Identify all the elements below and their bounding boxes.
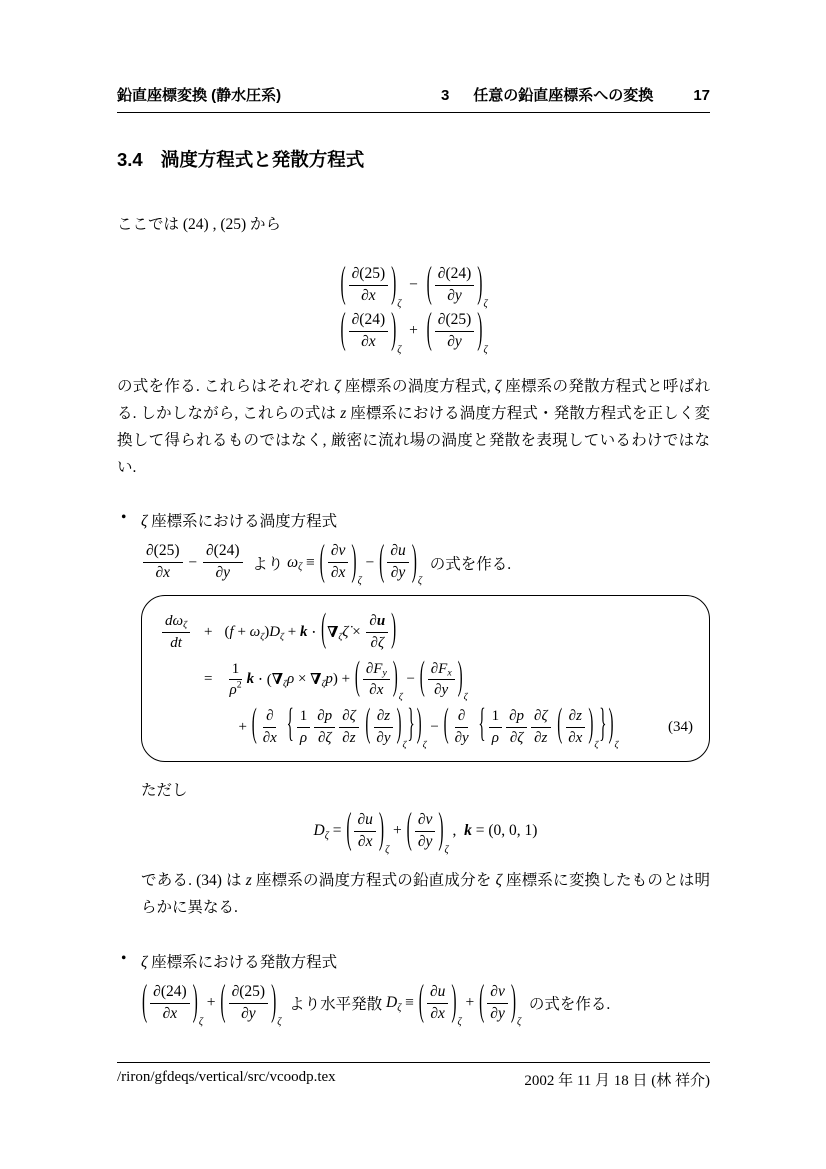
footer-date-author: 2002 年 11 月 18 日 (林 祥介): [524, 1069, 710, 1090]
bullet-item-vorticity: • ζ 座標系における渦度方程式 ∂(25)∂x − ∂(24)∂y より ωζ…: [117, 509, 710, 921]
section-number: 3.4: [117, 149, 143, 171]
eq34-line2-rhs: 1ρ2k ⋅ (∇ζρ × ∇ζp) + (∂Fy∂x)ζ − (∂Fx∂y)ζ: [225, 660, 693, 700]
bullet-item-divergence: • ζ 座標系における発散方程式 (∂(24)∂x)ζ + (∂(25)∂y)ζ…: [117, 950, 710, 1024]
header-left-title: 鉛直座標変換 (静水圧系): [117, 84, 281, 105]
bullet2-title: ζ 座標系における発散方程式: [141, 950, 710, 977]
eq34-line3: + (∂∂x {1ρ∂p∂ζ∂ζ∂z (∂z∂y)ζ})ζ − (∂∂y {1ρ…: [225, 707, 693, 747]
display-equation-2: (∂(24)∂x)ζ + (∂(25)∂y)ζ: [339, 311, 487, 352]
header-section-number: 3: [441, 87, 449, 104]
footer-rule: [117, 1062, 710, 1063]
bullet-body: ζ 座標系における発散方程式 (∂(24)∂x)ζ + (∂(25)∂y)ζ よ…: [141, 950, 710, 1024]
eq34-line1-rhs: (f + ωζ)Dζ + k ⋅ (∇ζζ̇ × ∂u∂ζ): [225, 612, 693, 652]
header-right: 3 任意の鉛直座標系への変換 17: [441, 84, 710, 105]
paper-page: 鉛直座標変換 (静水圧系) 3 任意の鉛直座標系への変換 17 3.4 渦度方程…: [0, 0, 826, 1169]
display-equations: (∂(25)∂x)ζ − (∂(24)∂y)ζ (∂(24)∂x)ζ + (∂(…: [117, 265, 710, 352]
paragraph-2: である. (34) は z 座標系の渦度方程式の鉛直成分を ζ 座標系に変換した…: [141, 868, 710, 922]
eq34-line1-operator: +: [204, 624, 212, 641]
bullet-body: ζ 座標系における渦度方程式 ∂(25)∂x − ∂(24)∂y より ωζ ≡…: [141, 509, 710, 921]
footer: /riron/gfdeqs/vertical/src/vcoodp.tex 20…: [117, 1069, 710, 1090]
bullet1-formula-line: ∂(25)∂x − ∂(24)∂y より ωζ ≡ (∂v∂x)ζ − (∂u∂…: [141, 542, 710, 583]
header-section-title: 任意の鉛直座標系への変換: [473, 84, 653, 105]
eq34-line1-lhs: dωζdt: [160, 612, 192, 652]
bullet-marker: •: [117, 509, 141, 921]
bullet2-formula-line: (∂(24)∂x)ζ + (∂(25)∂y)ζ より水平発散 Dζ ≡ (∂u∂…: [141, 983, 710, 1024]
eq34-line3-rhs: + (∂∂x {1ρ∂p∂ζ∂ζ∂z (∂z∂y)ζ})ζ − (∂∂y {1ρ…: [239, 707, 619, 747]
section-heading: 3.4 渦度方程式と発散方程式: [117, 146, 710, 172]
footer-file-path: /riron/gfdeqs/vertical/src/vcoodp.tex: [117, 1069, 336, 1090]
equation-number: (34): [668, 719, 693, 736]
page-content: 鉛直座標変換 (静水圧系) 3 任意の鉛直座標系への変換 17 3.4 渦度方程…: [117, 0, 710, 1024]
intro-text: ここでは (24) , (25) から: [117, 212, 710, 239]
divergence-definition-equation: Dζ = (∂u∂x)ζ + (∂v∂y)ζ , k = (0, 0, 1): [141, 811, 710, 852]
paragraph-1: の式を作る. これらはそれぞれ ζ 座標系の渦度方程式, ζ 座標系の発散方程式…: [117, 374, 710, 482]
eq34-line2-operator: =: [204, 671, 212, 688]
display-equation-1: (∂(25)∂x)ζ − (∂(24)∂y)ζ: [339, 265, 487, 306]
bullet-marker: •: [117, 950, 141, 1024]
header-rule: [117, 112, 710, 113]
equation-34-align: dωζdt + (f + ωζ)Dζ + k ⋅ (∇ζζ̇ × ∂u∂ζ) =…: [160, 612, 693, 747]
equation-34-box: dωζdt + (f + ωζ)Dζ + k ⋅ (∇ζζ̇ × ∂u∂ζ) =…: [141, 595, 710, 762]
page-number: 17: [693, 87, 710, 104]
section-title: 渦度方程式と発散方程式: [161, 146, 365, 172]
bullet1-title: ζ 座標系における渦度方程式: [141, 509, 710, 536]
tadashi-label: ただし: [141, 778, 710, 805]
running-header: 鉛直座標変換 (静水圧系) 3 任意の鉛直座標系への変換 17: [117, 84, 710, 105]
